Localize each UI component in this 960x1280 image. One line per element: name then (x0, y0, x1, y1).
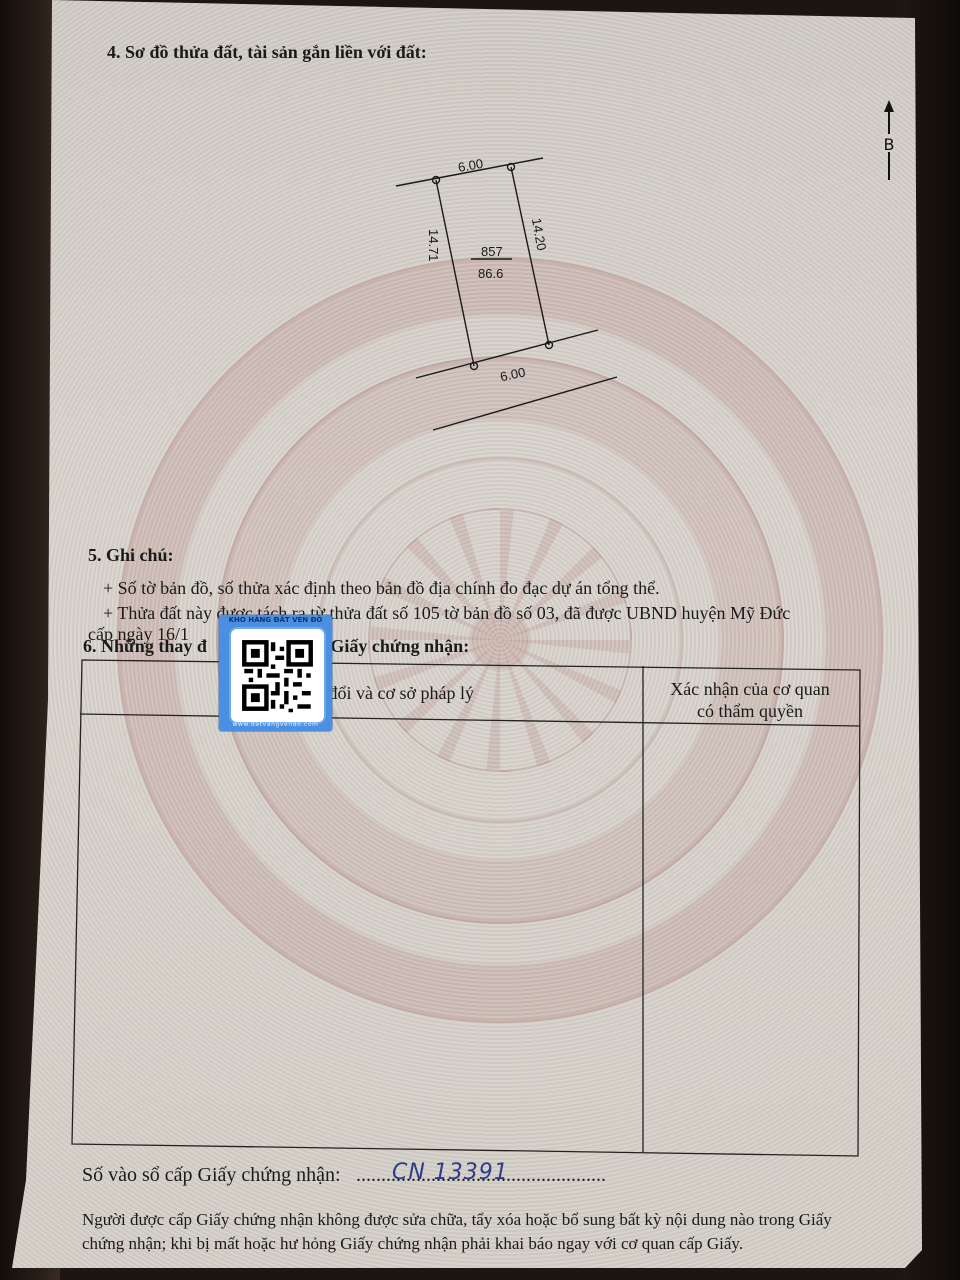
qr-watermark-url[interactable]: www.datvangvendo.com (219, 721, 332, 728)
changes-table (0, 0, 960, 1280)
table-header-changes: y đổi và cơ sở pháp lý (315, 683, 474, 704)
qr-watermark[interactable]: KHO HÀNG ĐẤT VEN ĐÔ (219, 615, 332, 731)
qr-code-icon (229, 627, 326, 724)
registry-number-label: Số vào sổ cấp Giấy chứng nhận: (82, 1164, 341, 1187)
table-header-confirmation: Xác nhận của cơ quan có thẩm quyền (650, 678, 850, 722)
registry-number-value: CN 13391 (392, 1160, 509, 1185)
warning-text: Người được cấp Giấy chứng nhận không đượ… (82, 1208, 872, 1256)
qr-watermark-title: KHO HÀNG ĐẤT VEN ĐÔ (219, 616, 332, 624)
